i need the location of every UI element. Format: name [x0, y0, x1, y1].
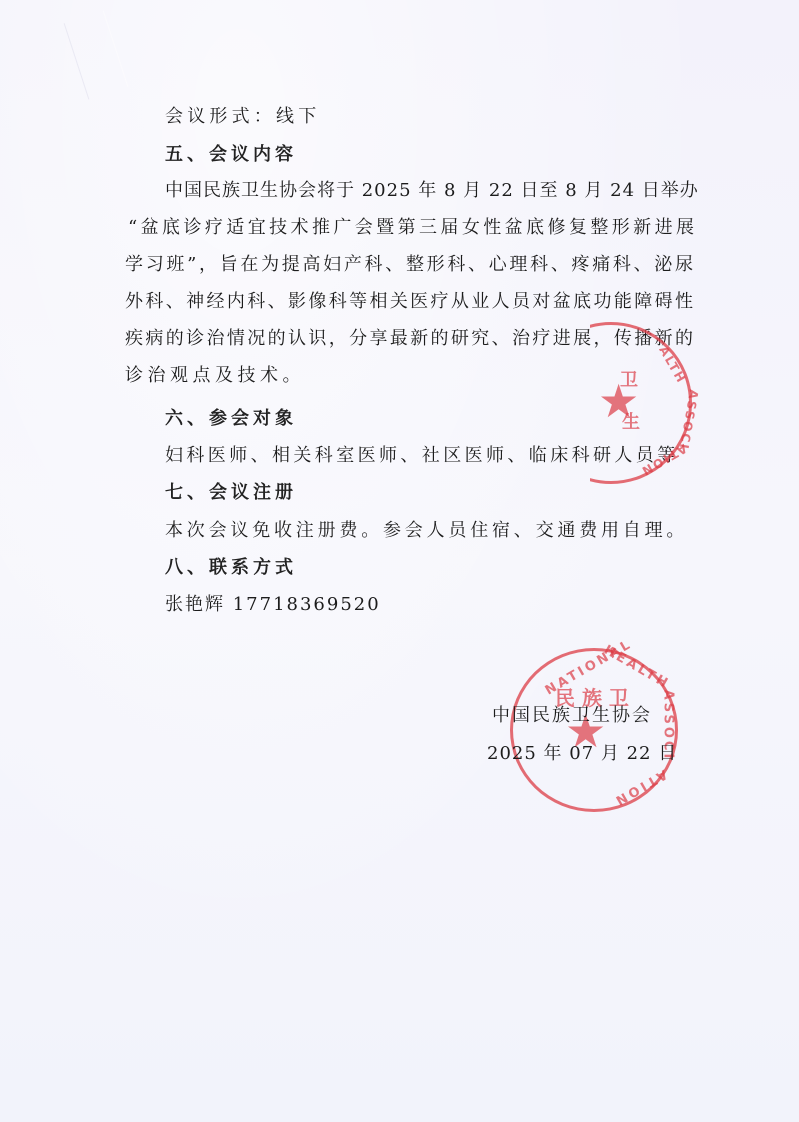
section-heading-registration: 七、会议注册 [165, 482, 297, 504]
seal-center-text: 卫 [620, 366, 638, 392]
signature-date: 2025 年 07 月 22 日 [487, 743, 677, 765]
half-seal: ★ ALTH ASSOCI ATION 卫 生 [590, 318, 700, 488]
paragraph-line: 中国民族卫生协会将于 2025 年 8 月 22 日至 8 月 24 日举办 [165, 180, 693, 202]
signature-organization: 中国民族卫生协会 [492, 705, 652, 727]
section-heading-content: 五、会议内容 [165, 144, 297, 166]
document-page: 会议形式：线下 五、会议内容 中国民族卫生协会将于 2025 年 8 月 22 … [0, 0, 799, 1122]
seal-center-text: 生 [622, 408, 640, 434]
paragraph-line: 诊治观点及技术。 [125, 365, 305, 387]
paragraph-line: “盆底诊疗适宜技术推广会暨第三届女性盆底修复整形新进展 [128, 217, 694, 239]
paper-crease [64, 10, 129, 99]
registration-text: 本次会议免收注册费。参会人员住宿、交通费用自理。 [165, 520, 688, 542]
paragraph-line: 外科、神经内科、影像科等相关医疗从业人员对盆底功能障碍性 [125, 291, 693, 313]
paragraph-line: 学习班”，旨在为提高妇产科、整形科、心理科、疼痛科、泌尿 [125, 254, 693, 276]
contact-text: 张艳辉 17718369520 [165, 594, 381, 616]
meeting-format: 会议形式：线下 [165, 106, 320, 128]
section-heading-attendees: 六、参会对象 [165, 408, 297, 430]
section-heading-contact: 八、联系方式 [165, 557, 297, 579]
